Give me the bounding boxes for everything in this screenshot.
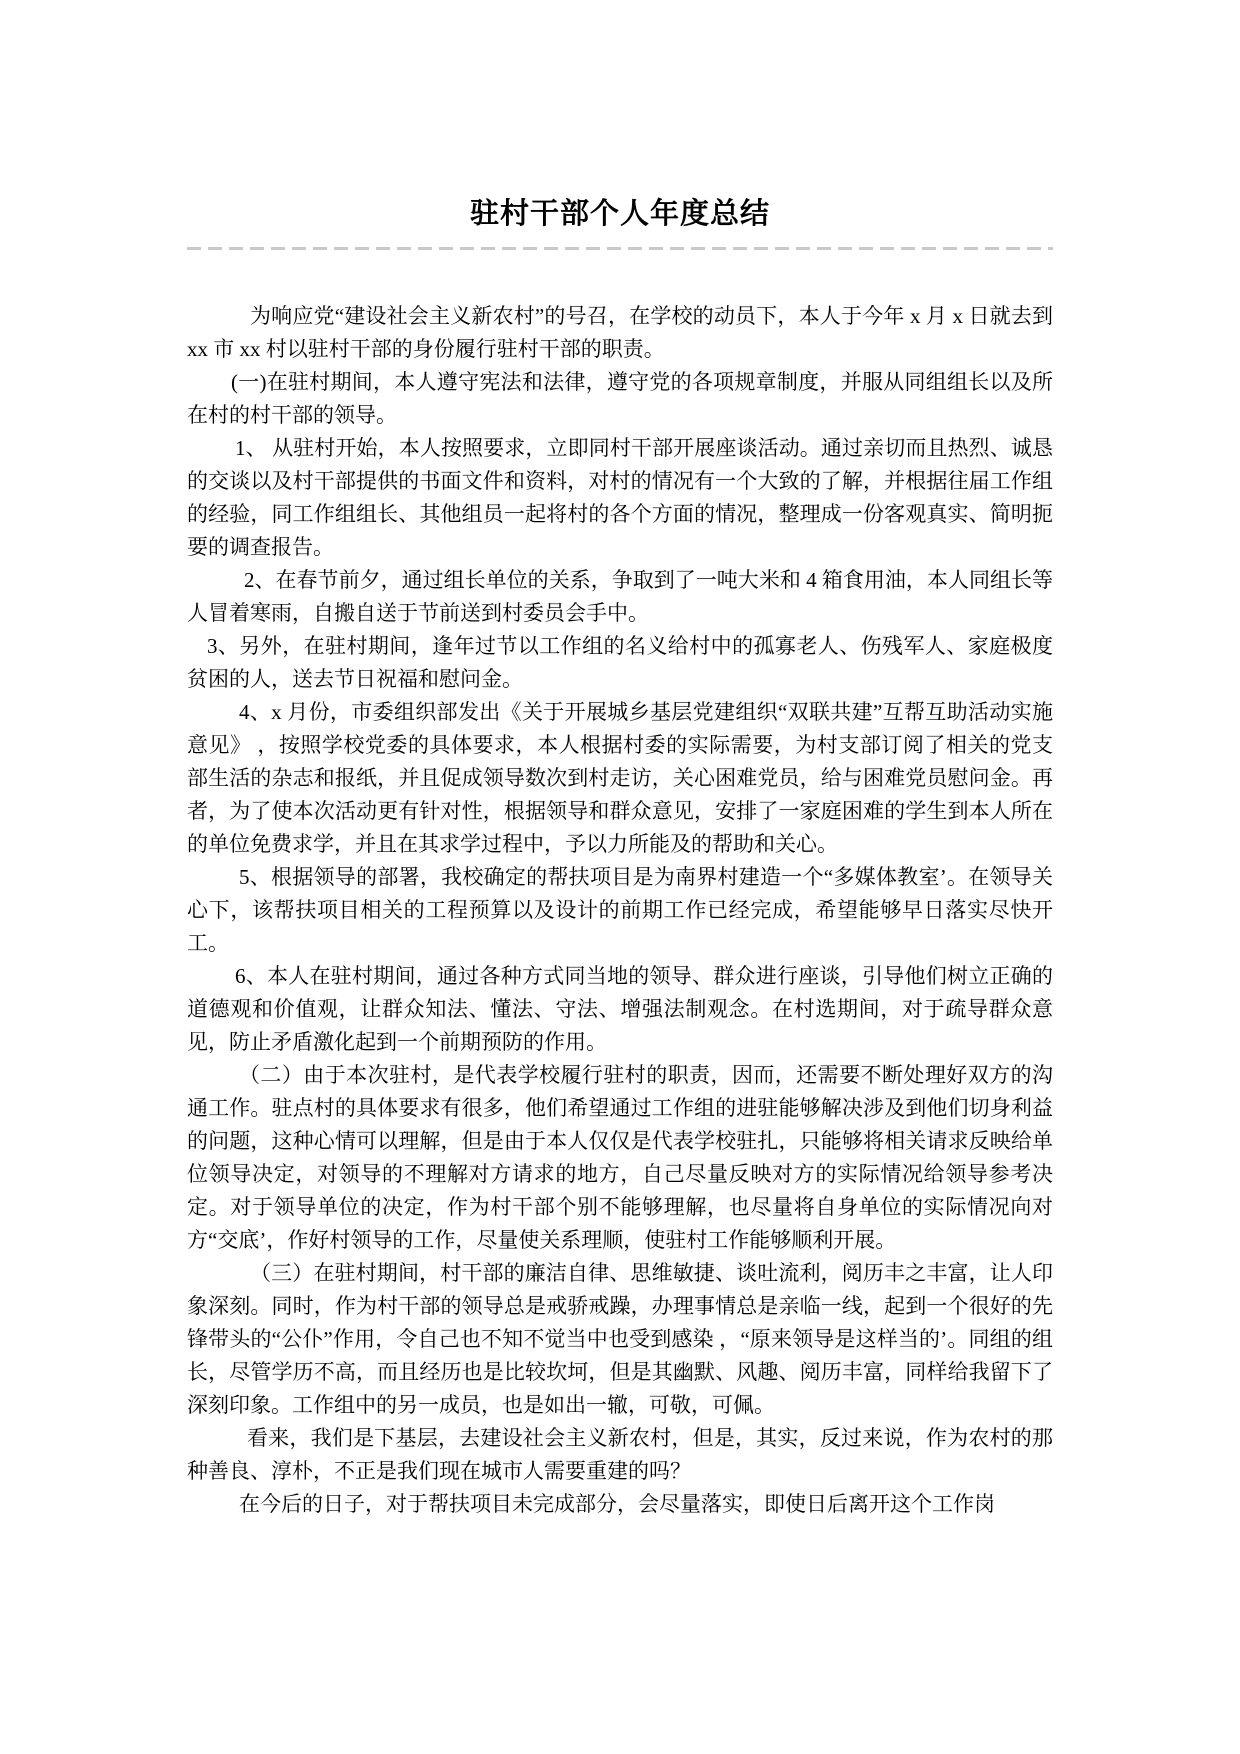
dashed-divider [187,247,1053,250]
document-body: 为响应党“建设社会主义新农村”的号召，在学校的动员下，本人于今年 x 月 x 日… [187,300,1053,1521]
page-title: 驻村干部个人年度总结 [187,0,1053,235]
paragraph: (一)在驻村期间，本人遵守宪法和法律，遵守党的各项规章制度，并服从同组组长以及所… [187,366,1053,432]
paragraph: 5、根据领导的部署，我校确定的帮扶项目是为南界村建造一个“多媒体教室’。在领导关… [187,861,1053,960]
paragraph: 为响应党“建设社会主义新农村”的号召，在学校的动员下，本人于今年 x 月 x 日… [187,300,1053,366]
paragraph: 在今后的日子，对于帮扶项目未完成部分，会尽量落实，即使日后离开这个工作岗 [187,1488,1053,1521]
paragraph: （三）在驻村期间，村干部的廉洁自律、思维敏捷、谈吐流利，阅历丰之丰富，让人印象深… [187,1257,1053,1422]
paragraph: （二）由于本次驻村，是代表学校履行驻村的职责，因而，还需要不断处理好双方的沟通工… [187,1059,1053,1257]
paragraph: 2、在春节前夕，通过组长单位的关系，争取到了一吨大米和 4 箱食用油，本人同组长… [187,564,1053,630]
document-page: 驻村干部个人年度总结 为响应党“建设社会主义新农村”的号召，在学校的动员下，本人… [0,0,1240,1754]
document-content: 驻村干部个人年度总结 为响应党“建设社会主义新农村”的号召，在学校的动员下，本人… [187,0,1053,1521]
paragraph: 1、 从驻村开始，本人按照要求，立即同村干部开展座谈活动。通过亲切而且热烈、诚恳… [187,432,1053,564]
paragraph: 看来，我们是下基层，去建设社会主义新农村，但是，其实，反过来说，作为农村的那种善… [187,1422,1053,1488]
paragraph: 4、x 月份，市委组织部发出《关于开展城乡基层党建组织“双联共建”互帮互助活动实… [187,696,1053,861]
paragraph: 3、另外，在驻村期间，逢年过节以工作组的名义给村中的孤寡老人、伤残军人、家庭极度… [187,630,1053,696]
paragraph: 6、本人在驻村期间，通过各种方式同当地的领导、群众进行座谈，引导他们树立正确的道… [187,960,1053,1059]
